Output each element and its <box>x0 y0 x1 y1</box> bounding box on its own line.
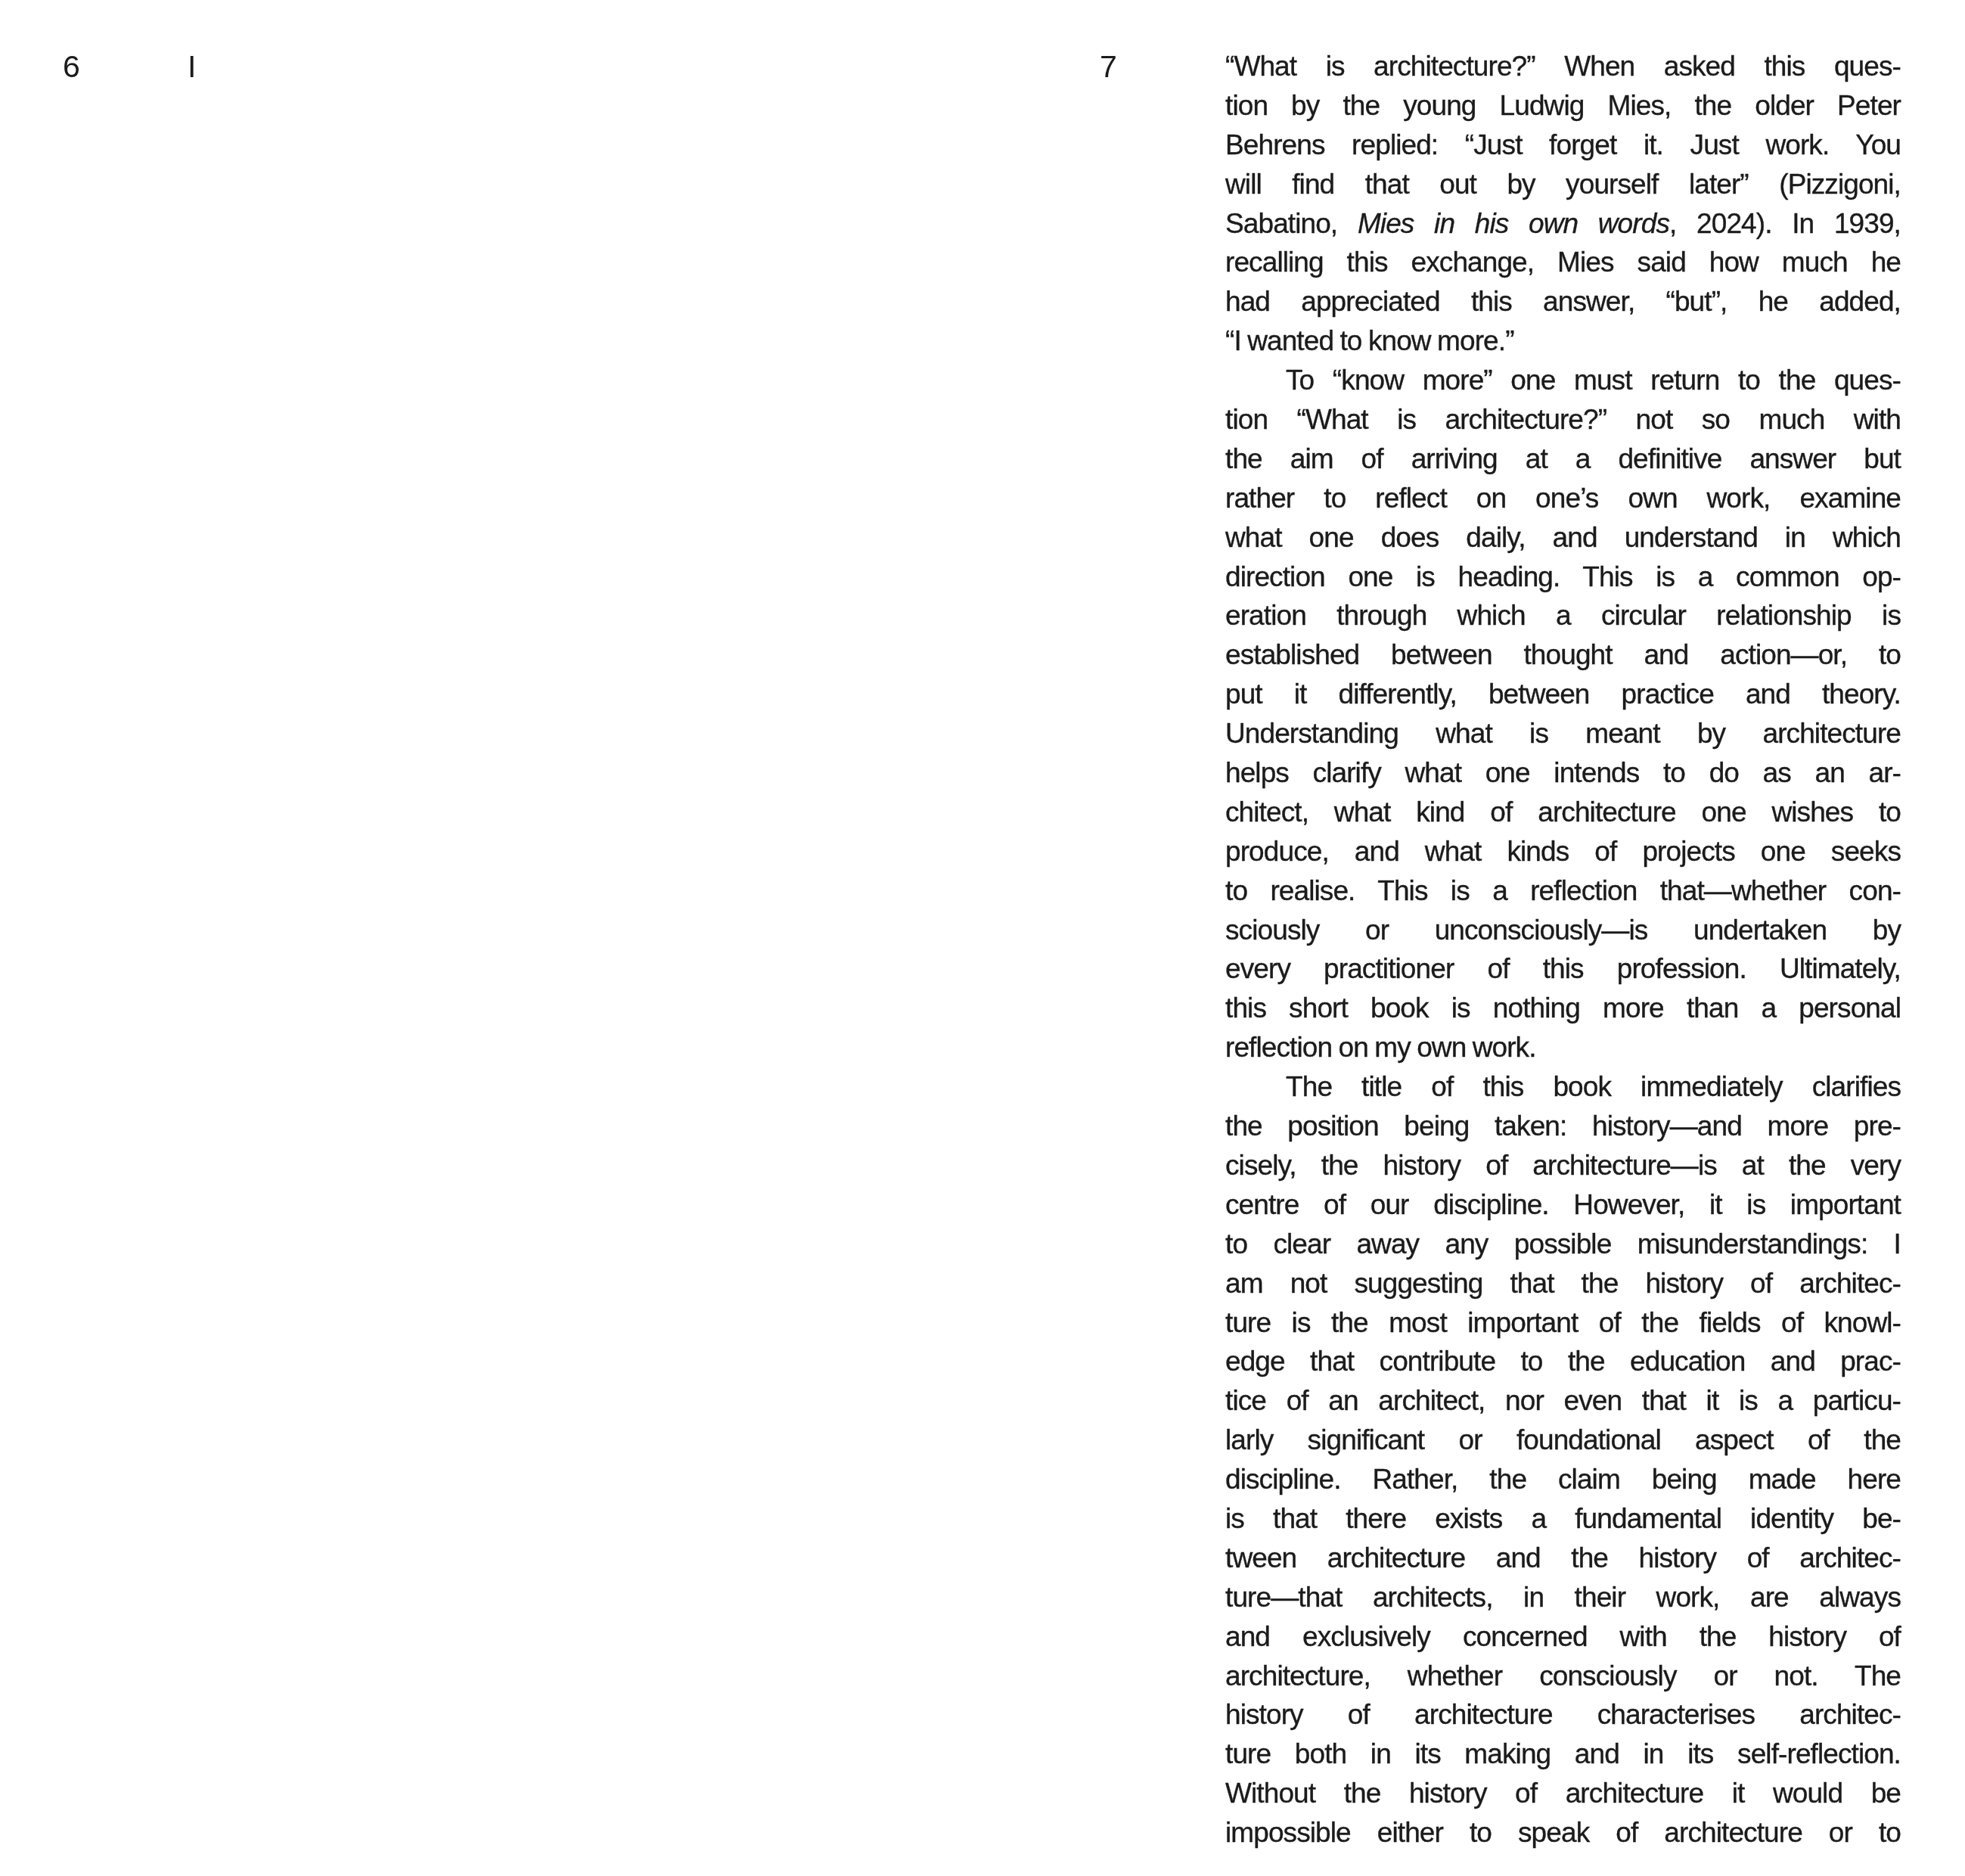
text-run: impossible either to speak of architectu… <box>1225 1817 1901 1848</box>
text-run: direction one is heading. This is a comm… <box>1225 561 1901 592</box>
text-line: direction one is heading. This is a comm… <box>1225 558 1901 597</box>
right-page: 7 “What is architecture?” When asked thi… <box>983 0 1965 1876</box>
text-line: every practitioner of this profession. U… <box>1225 949 1901 989</box>
text-line: tween architecture and the history of ar… <box>1225 1539 1901 1578</box>
text-line: sciously or unconsciously—is undertaken … <box>1225 911 1901 950</box>
text-line: to clear away any possible misunderstand… <box>1225 1225 1901 1264</box>
text-run: Understanding what is meant by architect… <box>1225 718 1901 749</box>
text-line: what one does daily, and understand in w… <box>1225 518 1901 558</box>
text-line: eration through which a circular relatio… <box>1225 596 1901 635</box>
text-line: tion “What is architecture?” not so much… <box>1225 400 1901 439</box>
text-run: and exclusively concerned with the histo… <box>1225 1621 1901 1652</box>
text-run: had appreciated this answer, “but”, he a… <box>1225 286 1901 317</box>
book-spread: 6 I 7 “What is architecture?” When asked… <box>0 0 1965 1876</box>
text-run: cisely, the history of architecture—is a… <box>1225 1150 1901 1181</box>
text-run: centre of our discipline. However, it is… <box>1225 1189 1901 1220</box>
text-run: chitect, what kind of architecture one w… <box>1225 797 1901 828</box>
text-run: what one does daily, and understand in w… <box>1225 522 1901 553</box>
text-line: put it differently, between practice and… <box>1225 675 1901 714</box>
paragraph: The title of this book immediately clari… <box>1225 1067 1901 1853</box>
text-line: larly significant or foundational aspect… <box>1225 1421 1901 1460</box>
running-head: I <box>188 50 196 83</box>
text-run: To “know more” one must return to the qu… <box>1286 365 1901 396</box>
text-line: had appreciated this answer, “but”, he a… <box>1225 282 1901 321</box>
text-line: “What is architecture?” When asked this … <box>1225 47 1901 86</box>
text-run: the position being taken: history—and mo… <box>1225 1110 1901 1141</box>
text-line: To “know more” one must return to the qu… <box>1225 361 1901 400</box>
text-run: history of architecture characterises ar… <box>1225 1699 1901 1730</box>
text-line: discipline. Rather, the claim being made… <box>1225 1460 1901 1499</box>
text-run: architecture, whether consciously or not… <box>1225 1660 1901 1691</box>
text-run: established between thought and action—o… <box>1225 639 1901 670</box>
text-line: ture is the most important of the fields… <box>1225 1303 1901 1343</box>
text-run: eration through which a circular relatio… <box>1225 600 1901 631</box>
text-run: ture both in its making and in its self-… <box>1225 1738 1901 1769</box>
left-page: 6 I <box>0 0 983 1876</box>
text-line: reflection on my own work. <box>1225 1028 1901 1067</box>
text-line: and exclusively concerned with the histo… <box>1225 1617 1901 1657</box>
text-line: this short book is nothing more than a p… <box>1225 989 1901 1028</box>
text-line: Understanding what is meant by architect… <box>1225 714 1901 753</box>
text-run: Without the history of architecture it w… <box>1225 1778 1901 1809</box>
text-line: chitect, what kind of architecture one w… <box>1225 793 1901 832</box>
text-line: tice of an architect, nor even that it i… <box>1225 1381 1901 1421</box>
text-run: put it differently, between practice and… <box>1225 679 1901 710</box>
text-line: will find that out by yourself later” (P… <box>1225 165 1901 204</box>
text-run: reflection on my own work. <box>1225 1032 1536 1063</box>
text-run: tion “What is architecture?” not so much… <box>1225 404 1901 435</box>
text-run: am not suggesting that the history of ar… <box>1225 1268 1901 1299</box>
text-line: rather to reflect on one’s own work, exa… <box>1225 479 1901 518</box>
text-run: ture is the most important of the fields… <box>1225 1307 1901 1338</box>
text-line: ture both in its making and in its self-… <box>1225 1735 1901 1774</box>
text-run: tice of an architect, nor even that it i… <box>1225 1385 1901 1416</box>
text-run: the aim of arriving at a definitive answ… <box>1225 443 1901 474</box>
text-line: edge that contribute to the education an… <box>1225 1342 1901 1381</box>
text-line: architecture, whether consciously or not… <box>1225 1657 1901 1696</box>
text-run: ture—that architects, in their work, are… <box>1225 1582 1901 1613</box>
text-run: edge that contribute to the education an… <box>1225 1346 1901 1377</box>
text-run: The title of this book immediately clari… <box>1286 1071 1901 1102</box>
text-line: “I wanted to know more.” <box>1225 321 1901 361</box>
text-run: to clear away any possible misunderstand… <box>1225 1228 1901 1259</box>
text-line: helps clarify what one intends to do as … <box>1225 753 1901 793</box>
body-text: “What is architecture?” When asked this … <box>1225 47 1901 1853</box>
text-run: is that there exists a fundamental ident… <box>1225 1503 1901 1534</box>
text-run: recalling this exchange, Mies said how m… <box>1225 247 1901 278</box>
text-run: , 2024). In 1939, <box>1669 208 1901 239</box>
paragraph: To “know more” one must return to the qu… <box>1225 361 1901 1067</box>
text-line: history of architecture characterises ar… <box>1225 1695 1901 1735</box>
text-line: is that there exists a fundamental ident… <box>1225 1499 1901 1539</box>
text-line: the aim of arriving at a definitive answ… <box>1225 439 1901 479</box>
page-number-right: 7 <box>1100 50 1117 83</box>
text-run: this short book is nothing more than a p… <box>1225 992 1901 1023</box>
text-line: am not suggesting that the history of ar… <box>1225 1264 1901 1303</box>
text-line: Sabatino, Mies in his own words, 2024). … <box>1225 204 1901 244</box>
text-line: The title of this book immediately clari… <box>1225 1067 1901 1107</box>
text-line: the position being taken: history—and mo… <box>1225 1107 1901 1146</box>
text-line: Without the history of architecture it w… <box>1225 1774 1901 1813</box>
text-run: tion by the young Ludwig Mies, the older… <box>1225 90 1901 121</box>
page-number-left: 6 <box>63 50 80 83</box>
text-run: produce, and what kinds of projects one … <box>1225 836 1901 867</box>
text-line: impossible either to speak of architectu… <box>1225 1813 1901 1853</box>
text-line: produce, and what kinds of projects one … <box>1225 832 1901 871</box>
text-line: Behrens replied: “Just forget it. Just w… <box>1225 126 1901 165</box>
text-line: ture—that architects, in their work, are… <box>1225 1578 1901 1617</box>
text-run: discipline. Rather, the claim being made… <box>1225 1464 1901 1495</box>
text-line: centre of our discipline. However, it is… <box>1225 1185 1901 1225</box>
text-line: to realise. This is a reflection that—wh… <box>1225 871 1901 911</box>
text-run: will find that out by yourself later” (P… <box>1225 169 1901 200</box>
text-run: sciously or unconsciously—is undertaken … <box>1225 915 1901 946</box>
text-run: “What is architecture?” When asked this … <box>1225 51 1901 82</box>
text-run: every practitioner of this profession. U… <box>1225 953 1901 984</box>
text-line: established between thought and action—o… <box>1225 635 1901 675</box>
text-run: helps clarify what one intends to do as … <box>1225 757 1901 788</box>
text-run: rather to reflect on one’s own work, exa… <box>1225 483 1901 514</box>
text-run: “I wanted to know more.” <box>1225 325 1514 356</box>
text-run: tween architecture and the history of ar… <box>1225 1542 1901 1573</box>
italic-title: Mies in his own words <box>1358 208 1669 239</box>
text-run: Sabatino, <box>1225 208 1358 239</box>
paragraph: “What is architecture?” When asked this … <box>1225 47 1901 361</box>
text-run: Behrens replied: “Just forget it. Just w… <box>1225 129 1901 160</box>
text-run: to realise. This is a reflection that—wh… <box>1225 875 1901 906</box>
text-line: tion by the young Ludwig Mies, the older… <box>1225 86 1901 126</box>
text-run: larly significant or foundational aspect… <box>1225 1424 1901 1455</box>
text-line: cisely, the history of architecture—is a… <box>1225 1146 1901 1185</box>
text-line: recalling this exchange, Mies said how m… <box>1225 243 1901 282</box>
